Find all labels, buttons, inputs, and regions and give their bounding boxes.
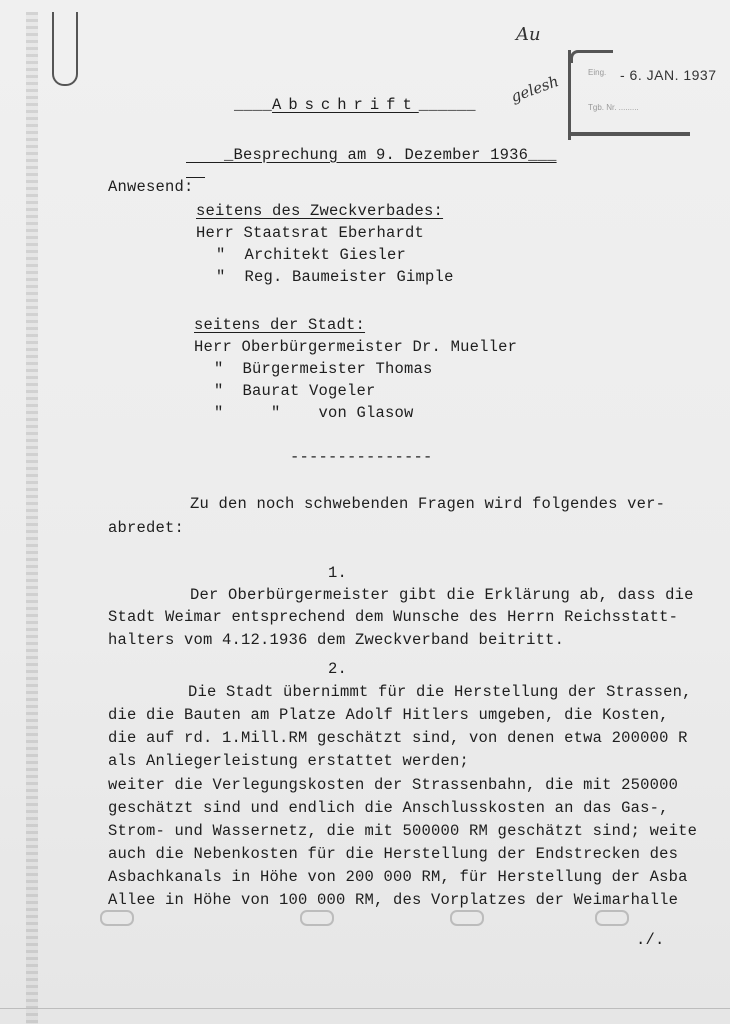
section-line: als Anliegerleistung erstattet werden; <box>108 754 469 770</box>
section-line: Der Oberbürgermeister gibt die Erklärung… <box>190 588 694 604</box>
attendee-row: Herr Staatsrat Eberhardt <box>196 226 424 242</box>
continuation-mark: ./. <box>636 933 665 949</box>
handwritten-note-top: Au <box>516 24 541 45</box>
attendee-row: " Architekt Giesler <box>216 248 406 264</box>
section-line: weiter die Verlegungskosten der Strassen… <box>108 778 678 794</box>
intro-line: Zu den noch schwebenden Fragen wird folg… <box>190 497 665 513</box>
section-number: 1. <box>328 566 347 582</box>
attendee-row: " " von Glasow <box>214 406 414 422</box>
section-line: geschätzt sind und endlich die Anschluss… <box>108 801 669 817</box>
attendee-row: " Bürgermeister Thomas <box>214 362 433 378</box>
attendee-row: " Reg. Baumeister Gimple <box>216 270 454 286</box>
document-header: ____Abschrift______ <box>196 82 476 129</box>
punch-hole-marks <box>0 908 730 928</box>
separator-line: --------------- <box>290 450 433 466</box>
document-page: ____Abschrift______ _Besprechung am 9. D… <box>0 0 730 1024</box>
handwritten-note-side: gelesh <box>508 72 561 106</box>
meeting-subject: _Besprechung am 9. Dezember 1936___ <box>186 132 557 179</box>
section-line: Stadt Weimar entsprechend dem Wunsche de… <box>108 610 678 626</box>
page-edge <box>0 1008 730 1009</box>
group-heading-stadt: seitens der Stadt: <box>194 318 365 334</box>
attendees-label: Anwesend: <box>108 180 194 196</box>
section-line: die die Bauten am Platze Adolf Hitlers u… <box>108 708 669 724</box>
section-line: Asbachkanals in Höhe von 200 000 RM, für… <box>108 870 688 886</box>
section-line: auch die Nebenkosten für die Herstellung… <box>108 847 678 863</box>
paperclip-icon <box>52 12 78 86</box>
section-number: 2. <box>328 662 347 678</box>
section-line: Die Stadt übernimmt für die Herstellung … <box>188 685 692 701</box>
attendee-row: " Baurat Vogeler <box>214 384 376 400</box>
section-line: die auf rd. 1.Mill.RM geschätzt sind, vo… <box>108 731 688 747</box>
group-heading-zweckverband: seitens des Zweckverbades: <box>196 204 443 220</box>
stamp-date: - 6. JAN. 1937 <box>620 67 717 83</box>
section-line: Strom- und Wassernetz, die mit 500000 RM… <box>108 824 697 840</box>
attendee-row: Herr Oberbürgermeister Dr. Mueller <box>194 340 517 356</box>
intro-line: abredet: <box>108 521 184 537</box>
section-line: Allee in Höhe von 100 000 RM, des Vorpla… <box>108 893 678 909</box>
receipt-stamp: Au gelesh Eing. Tgb. Nr. ......... - 6. … <box>510 20 710 145</box>
section-line: halters vom 4.12.1936 dem Zweckverband b… <box>108 633 564 649</box>
margin-smudge <box>26 12 38 1024</box>
